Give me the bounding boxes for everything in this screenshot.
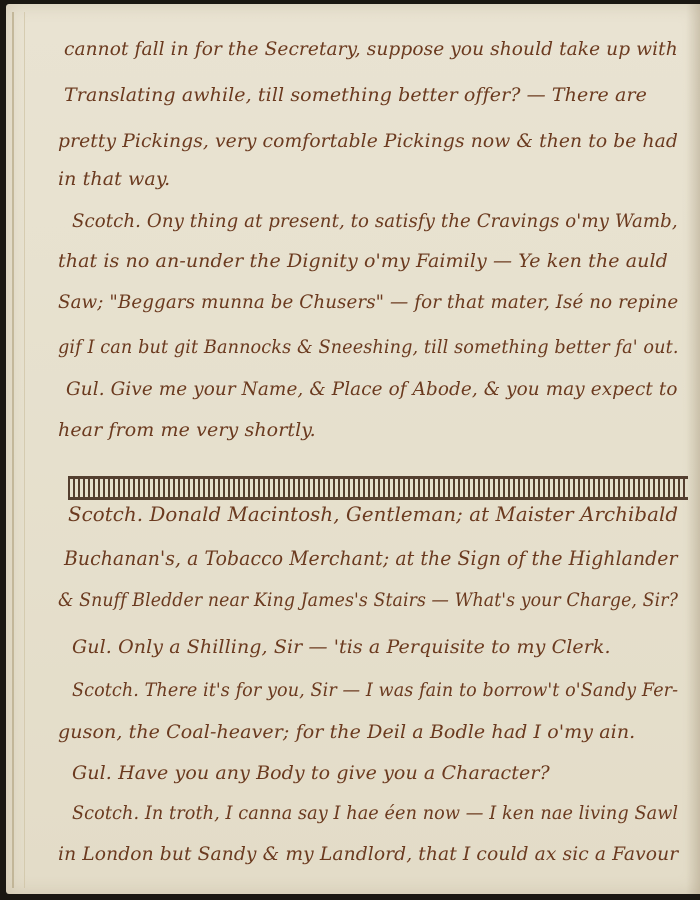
manuscript-line: Translating awhile, till something bette… [64, 84, 647, 106]
manuscript-line: Scotch. There it's for you, Sir — I was … [72, 679, 678, 701]
manuscript-line: Buchanan's, a Tobacco Merchant; at the S… [64, 546, 678, 570]
manuscript-line: hear from me very shortly. [58, 419, 316, 441]
manuscript-line: Gul. Only a Shilling, Sir — 'tis a Perqu… [72, 636, 611, 658]
manuscript-line: pretty Pickings, very comfortable Pickin… [58, 130, 678, 152]
manuscript-line: gif I can but git Bannocks & Sneeshing, … [58, 336, 679, 358]
manuscript-line: Gul. Have you any Body to give you a Cha… [72, 762, 550, 784]
manuscript-line: Scotch. In troth, I canna say I hae éen … [72, 802, 678, 824]
manuscript-line: Scotch. Ony thing at present, to satisfy… [72, 210, 678, 232]
manuscript-line: cannot fall in for the Secretary, suppos… [64, 38, 678, 60]
manuscript-page: cannot fall in for the Secretary, suppos… [6, 4, 700, 894]
manuscript-line: guson, the Coal-heaver; for the Deil a B… [58, 721, 635, 743]
manuscript-line: Saw; "Beggars munna be Chusers" — for th… [58, 291, 678, 313]
manuscript-line: that is no an-under the Dignity o'my Fai… [58, 250, 668, 272]
struck-through-line [68, 476, 688, 500]
manuscript-line: in London but Sandy & my Landlord, that … [58, 843, 678, 865]
manuscript-line: in that way. [58, 168, 170, 190]
manuscript-line: & Snuff Bledder near King James's Stairs… [58, 589, 678, 611]
manuscript-line: Gul. Give me your Name, & Place of Abode… [66, 378, 678, 400]
manuscript-line: Scotch. Donald Macintosh, Gentleman; at … [68, 502, 678, 526]
